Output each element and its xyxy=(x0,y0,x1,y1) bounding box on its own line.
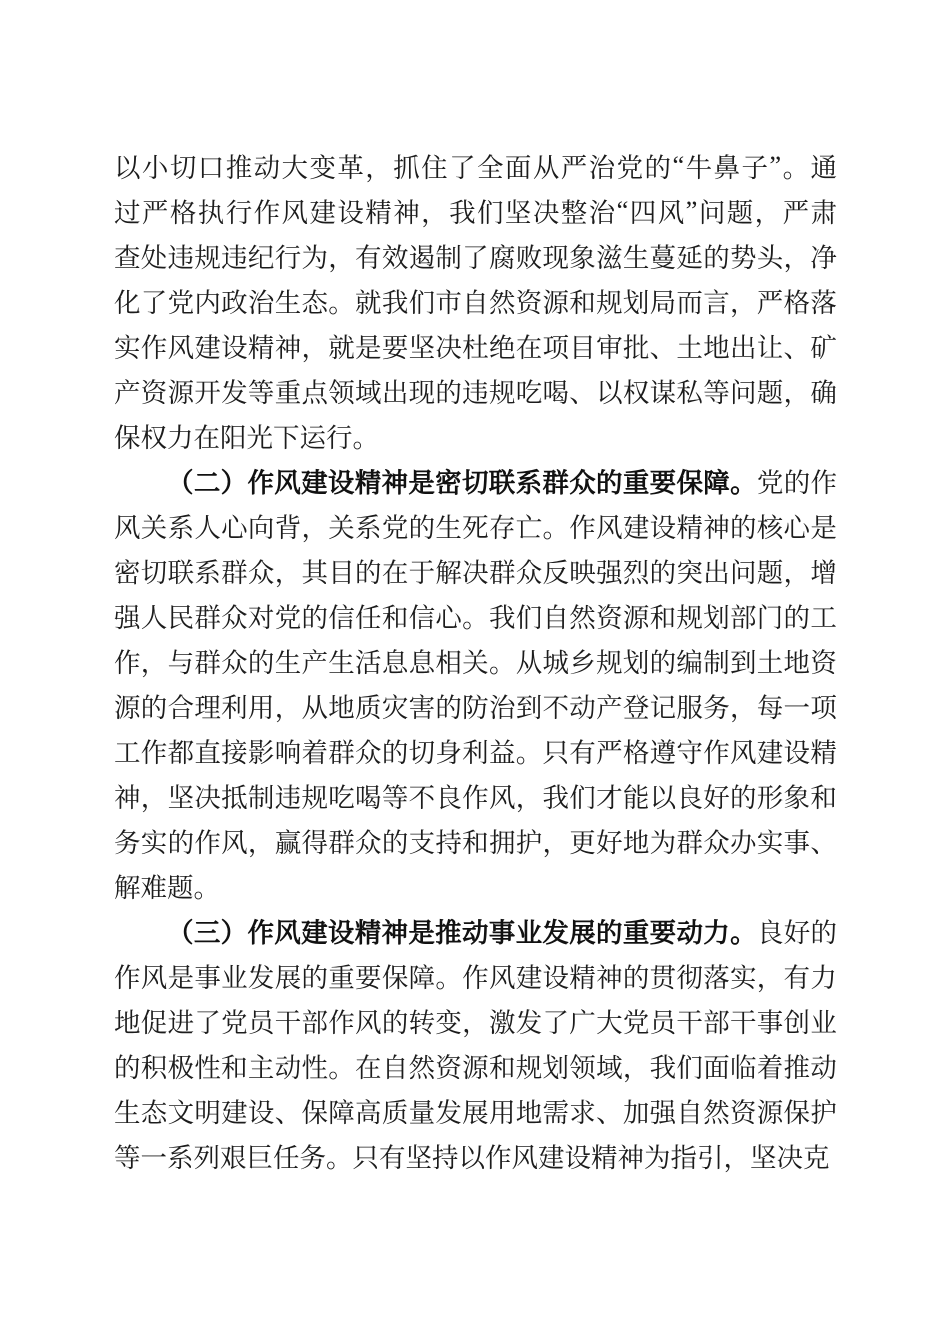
text-line: 作，与群众的生产生活息息相关。从城乡规划的编制到土地资 xyxy=(114,638,837,683)
paragraph-continuation: 以小切口推动大变革，抓住了全面从严治党的“牛鼻子”。通过严格执行作风建设精神，我… xyxy=(114,143,837,458)
text-line: 查处违规违纪行为，有效遏制了腐败现象滋生蔓延的势头，净 xyxy=(114,233,837,278)
text-line: 化了党内政治生态。就我们市自然资源和规划局而言，严格落 xyxy=(114,278,837,323)
text-body: 以小切口推动大变革，抓住了全面从严治党的“牛鼻子”。通过严格执行作风建设精神，我… xyxy=(114,143,837,1178)
text-line: 生态文明建设、保障高质量发展用地需求、加强自然资源保护 xyxy=(114,1088,837,1133)
paragraph-section-2: （二）作风建设精神是密切联系群众的重要保障。党的作风关系人心向背，关系党的生死存… xyxy=(114,458,837,908)
text-line: 的积极性和主动性。在自然资源和规划领域，我们面临着推动 xyxy=(114,1043,837,1088)
text-line: （三）作风建设精神是推动事业发展的重要动力。良好的 xyxy=(114,908,837,953)
text-line: 等一系列艰巨任务。只有坚持以作风建设精神为指引，坚决克 xyxy=(114,1133,837,1178)
text-line: （二）作风建设精神是密切联系群众的重要保障。党的作 xyxy=(114,458,837,503)
text-line: 实作风建设精神，就是要坚决杜绝在项目审批、土地出让、矿 xyxy=(114,323,837,368)
document-page: 以小切口推动大变革，抓住了全面从严治党的“牛鼻子”。通过严格执行作风建设精神，我… xyxy=(0,0,950,1344)
text-line: 产资源开发等重点领域出现的违规吃喝、以权谋私等问题，确 xyxy=(114,368,837,413)
text-line: 解难题。 xyxy=(114,863,837,908)
paragraph-section-3: （三）作风建设精神是推动事业发展的重要动力。良好的作风是事业发展的重要保障。作风… xyxy=(114,908,837,1178)
text-line: 工作都直接影响着群众的切身利益。只有严格遵守作风建设精 xyxy=(114,728,837,773)
text-line: 密切联系群众，其目的在于解决群众反映强烈的突出问题，增 xyxy=(114,548,837,593)
text-line: 保权力在阳光下运行。 xyxy=(114,413,837,458)
text-line: 强人民群众对党的信任和信心。我们自然资源和规划部门的工 xyxy=(114,593,837,638)
text-line: 过严格执行作风建设精神，我们坚决整治“四风”问题，严肃 xyxy=(114,188,837,233)
text-line: 风关系人心向背，关系党的生死存亡。作风建设精神的核心是 xyxy=(114,503,837,548)
text-line: 地促进了党员干部作风的转变，激发了广大党员干部干事创业 xyxy=(114,998,837,1043)
text-line: 务实的作风，赢得群众的支持和拥护，更好地为群众办实事、 xyxy=(114,818,837,863)
text-line: 源的合理利用，从地质灾害的防治到不动产登记服务，每一项 xyxy=(114,683,837,728)
text-line: 神，坚决抵制违规吃喝等不良作风，我们才能以良好的形象和 xyxy=(114,773,837,818)
text-line: 作风是事业发展的重要保障。作风建设精神的贯彻落实，有力 xyxy=(114,953,837,998)
text-line: 以小切口推动大变革，抓住了全面从严治党的“牛鼻子”。通 xyxy=(114,143,837,188)
